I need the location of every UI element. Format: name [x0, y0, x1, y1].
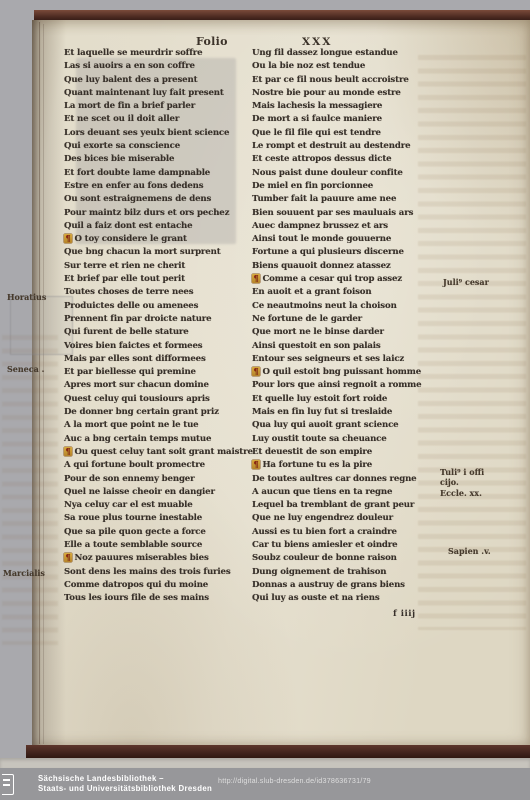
verse-line: ¶O toy considere le grant	[64, 233, 246, 246]
verse-line: La mort de fin a brief parler	[64, 100, 246, 113]
verse-line: Produictes delle ou amenees	[64, 300, 246, 313]
verse-line: ¶Ou quest celuy tant soit grant maistre	[64, 446, 246, 459]
verse-line: Ainsi tout le monde gouuerne	[252, 233, 420, 246]
document-url: http://digital.slub-dresden.de/id3786367…	[218, 776, 371, 785]
illuminated-pilcrow-initial: ¶	[252, 367, 260, 376]
verse-line: Auc a bng certain temps mutue	[64, 433, 246, 446]
verse-line: Le rompt et destruit au destendre	[252, 140, 420, 153]
verse-line: Que mort ne le binse darder	[252, 326, 420, 339]
verse-line: Apres mort sur chacun domine	[64, 379, 246, 392]
verse-line: Qui furent de belle stature	[64, 326, 246, 339]
illuminated-pilcrow-initial: ¶	[252, 274, 260, 283]
verse-line: Mais par elles sont difformees	[64, 353, 246, 366]
illuminated-pilcrow-initial: ¶	[64, 553, 72, 562]
verse-line: Et ne scet ou il doit aller	[64, 113, 246, 126]
marginal-note-seneca: Seneca .	[7, 364, 44, 374]
verse-line: De miel en fin porcionnee	[252, 180, 420, 193]
marginal-note-julius-cesar: Juli⁹ cesar	[443, 277, 489, 287]
watermark-footer-bar: Sächsische Landesbibliothek – Staats- un…	[0, 768, 530, 800]
verse-line: Auec dampnez brussez et ars	[252, 220, 420, 233]
verse-line: Ainsi questoit en son palais	[252, 340, 420, 353]
verse-line: Fortune a qui plusieurs discerne	[252, 246, 420, 259]
verse-line: Nous paist dune douleur confite	[252, 167, 420, 180]
verse-line: Et fort doubte lame dampnable	[64, 167, 246, 180]
verse-line: Pour de son ennemy benger	[64, 473, 246, 486]
illuminated-pilcrow-initial: ¶	[64, 234, 72, 243]
verse-line: Elle a toute semblable source	[64, 539, 246, 552]
verse-line: Comme datropos qui du moine	[64, 579, 246, 592]
illuminated-pilcrow-initial: ¶	[64, 447, 72, 456]
verse-line: Sa roue plus tourne inestable	[64, 512, 246, 525]
verse-line: Qui luy as ouste et na riens	[252, 592, 420, 605]
scan-cradle-cloth	[0, 758, 530, 768]
verse-line: Car tu biens amiesler et oindre	[252, 539, 420, 552]
verse-line: Et quelle luy estoit fort roide	[252, 393, 420, 406]
library-name-line1: Sächsische Landesbibliothek –	[38, 774, 212, 784]
verse-line: Et ceste attropos dessus dicte	[252, 153, 420, 166]
marginal-note-tulius-officio: cijo.	[440, 477, 459, 487]
verse-line: En auoit et a grant foison	[252, 286, 420, 299]
marginal-note-sapientia: Sapien .v.	[448, 546, 491, 556]
verse-line: Que le fil file qui est tendre	[252, 127, 420, 140]
marginal-note-marcialis: Marcialis	[3, 568, 45, 578]
verse-line: Pour maintz bilz durs et ors pechez	[64, 207, 246, 220]
verse-line: Lequel ba tremblant de grant peur	[252, 499, 420, 512]
illuminated-pilcrow-initial: ¶	[252, 460, 260, 469]
verse-line: Luy oustit toute sa cheuance	[252, 433, 420, 446]
verse-line: Las si auoirs a en son coffre	[64, 60, 246, 73]
text-column-left: Et laquelle se meurdrir soffreLas si auo…	[64, 47, 246, 605]
verse-line: Quest celuy qui tousiours apris	[64, 393, 246, 406]
slub-library-logo-icon	[2, 774, 14, 795]
verse-line: Nostre bie pour au monde estre	[252, 87, 420, 100]
verse-line: Ne fortune de le garder	[252, 313, 420, 326]
verse-line: Dung oignement de trahison	[252, 566, 420, 579]
verse-line: Donnas a austruy de grans biens	[252, 579, 420, 592]
library-name-line2: Staats- und Universitätsbibliothek Dresd…	[38, 784, 212, 794]
verse-line: Que sa pile quon gecte a force	[64, 526, 246, 539]
marginal-note-horatius: Horatius	[7, 292, 46, 302]
verse-line: Ou sont estraignemens de dens	[64, 193, 246, 206]
verse-line: A aucun que tiens en ta regne	[252, 486, 420, 499]
verse-line: Sont dens les mains des trois furies	[64, 566, 246, 579]
verse-line: ¶Ha fortune tu es la pire	[252, 459, 420, 472]
verse-line: Tous les iours file de ses mains	[64, 592, 246, 605]
verse-line: Qui exorte sa conscience	[64, 140, 246, 153]
marginal-note-tulius-officio: Tuli⁹ i offi	[440, 467, 484, 477]
verse-line: Que luy balent des a present	[64, 74, 246, 87]
verse-line: Mais lachesis la messagiere	[252, 100, 420, 113]
verse-line: Bien souuent par ses mauluais ars	[252, 207, 420, 220]
verse-line: Quant maintenant luy fait present	[64, 87, 246, 100]
verse-line: Estre en enfer au fons dedens	[64, 180, 246, 193]
verse-line: Que bng chacun la mort surprent	[64, 246, 246, 259]
verse-line: Et par ce fil nous beult accroistre	[252, 74, 420, 87]
verse-line: Ou la bie noz est tendue	[252, 60, 420, 73]
verse-line: Qua luy qui auoit grant science	[252, 419, 420, 432]
text-column-right: Ung fil dassez longue estandueOu la bie …	[252, 47, 420, 605]
verse-line: Quel ne laisse cheoir en dangier	[64, 486, 246, 499]
verse-line: Pour lors que ainsi regnoit a romme	[252, 379, 420, 392]
verse-line: Et brief par elle tout perit	[64, 273, 246, 286]
verse-line: Des bices bie miserable	[64, 153, 246, 166]
verse-line: Prennent fin par droicte nature	[64, 313, 246, 326]
verse-line: A qui fortune boult promectre	[64, 459, 246, 472]
verse-line: Voires bien faictes et formees	[64, 340, 246, 353]
verse-line: Quil a faiz dont est entache	[64, 220, 246, 233]
verse-line: Tumber fait la pauure ame nee	[252, 193, 420, 206]
verse-line: ¶Comme a cesar qui trop assez	[252, 273, 420, 286]
verse-line: De toutes aultres car donnes regne	[252, 473, 420, 486]
verse-line: Soubz couleur de bonne raison	[252, 552, 420, 565]
verse-line: Toutes choses de terre nees	[64, 286, 246, 299]
verse-line: De donner bng certain grant priz	[64, 406, 246, 419]
verse-line: De mort a si faulce maniere	[252, 113, 420, 126]
bleedthrough-text-right-margin	[418, 55, 526, 630]
verse-line: ¶Noz pauures miserables bies	[64, 552, 246, 565]
verse-line: Nya celuy car el est muable	[64, 499, 246, 512]
quire-signature-mark: f iiij	[393, 609, 416, 619]
verse-line: Et deuestit de son empire	[252, 446, 420, 459]
verse-line: ¶O quil estoit bng puissant homme	[252, 366, 420, 379]
scanned-manuscript-page: Folio XXX Et laquelle se meurdrir soffre…	[0, 0, 530, 800]
verse-line: Sur terre et rien ne cherit	[64, 260, 246, 273]
verse-line: Biens quauoit donnez atassez	[252, 260, 420, 273]
library-name: Sächsische Landesbibliothek – Staats- un…	[38, 774, 212, 794]
verse-line: Ce neautmoins neut la choison	[252, 300, 420, 313]
bleedthrough-text-left-margin	[2, 335, 58, 645]
verse-line: Et laquelle se meurdrir soffre	[64, 47, 246, 60]
verse-line: Lors deuant ses yeulx bient science	[64, 127, 246, 140]
verse-line: Mais en fin luy fut si treslaide	[252, 406, 420, 419]
verse-line: Entour ses seigneurs et ses laicz	[252, 353, 420, 366]
verse-line: Que ne luy engendrez douleur	[252, 512, 420, 525]
verse-line: Et par biellesse qui premine	[64, 366, 246, 379]
book-board-bottom-edge	[26, 745, 530, 758]
marginal-note-ecclesiasticus: Eccle. xx.	[440, 488, 482, 498]
verse-line: Ung fil dassez longue estandue	[252, 47, 420, 60]
verse-line: A la mort que point ne le tue	[64, 419, 246, 432]
verse-line: Aussi es tu bien fort a craindre	[252, 526, 420, 539]
